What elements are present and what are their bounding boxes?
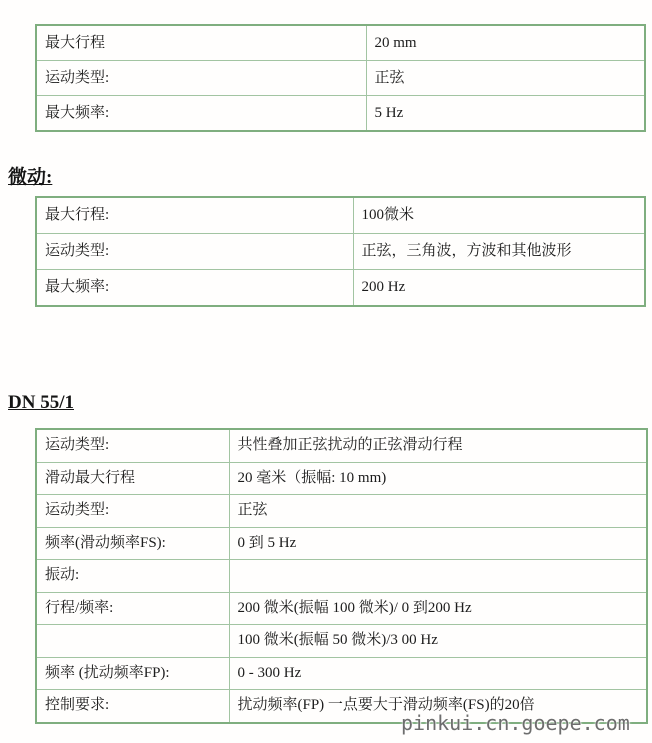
section-heading-dn551: DN 55/1 — [8, 391, 74, 415]
macro-spec-table: 最大行程 20 mm 运动类型: 正弦 最大频率: 5 Hz — [35, 24, 646, 132]
spec-label-cell: 振动: — [36, 560, 229, 593]
dn551-spec-table: 运动类型: 共性叠加正弦扰动的正弦滑动行程 滑动最大行程 20 毫米（振幅: 1… — [35, 428, 648, 724]
table-row: 频率 (扰动频率FP): 0 - 300 Hz — [36, 657, 647, 690]
table-row: 最大行程 20 mm — [36, 25, 645, 61]
spec-label-cell: 频率(滑动频率FS): — [36, 527, 229, 560]
spec-value-cell: 正弦 — [229, 495, 647, 528]
table-row: 频率(滑动频率FS): 0 到 5 Hz — [36, 527, 647, 560]
spec-label-cell: 运动类型: — [36, 61, 366, 96]
table-row: 运动类型: 正弦，三角波，方波和其他波形 — [36, 234, 645, 270]
spec-value-cell: 200 微米(振幅 100 微米)/ 0 到200 Hz — [229, 592, 647, 625]
spec-value-cell: 0 到 5 Hz — [229, 527, 647, 560]
micro-spec-table: 最大行程: 100微米 运动类型: 正弦，三角波，方波和其他波形 最大频率: 2… — [35, 196, 646, 307]
spec-value-cell: 200 Hz — [353, 270, 645, 307]
spec-value-cell: 5 Hz — [366, 96, 645, 132]
spec-label-cell: 运动类型: — [36, 234, 353, 270]
spec-value-cell: 100 微米(振幅 50 微米)/3 00 Hz — [229, 625, 647, 658]
spec-label-cell: 最大行程: — [36, 197, 353, 234]
spec-value-cell: 20 mm — [366, 25, 645, 61]
spec-value-cell: 正弦，三角波，方波和其他波形 — [353, 234, 645, 270]
spec-value-cell: 100微米 — [353, 197, 645, 234]
spec-label-cell: 滑动最大行程 — [36, 462, 229, 495]
section-heading-weidong: 微动: — [8, 166, 52, 190]
table-row: 运动类型: 正弦 — [36, 495, 647, 528]
spec-label-cell: 频率 (扰动频率FP): — [36, 657, 229, 690]
spec-label-cell: 控制要求: — [36, 690, 229, 723]
spec-value-cell — [229, 560, 647, 593]
spec-label-cell: 最大行程 — [36, 25, 366, 61]
spec-value-cell: 正弦 — [366, 61, 645, 96]
spec-label-cell: 运动类型: — [36, 429, 229, 462]
table-row: 运动类型: 正弦 — [36, 61, 645, 96]
spec-label-cell: 运动类型: — [36, 495, 229, 528]
table-row: 滑动最大行程 20 毫米（振幅: 10 mm) — [36, 462, 647, 495]
spec-value-cell: 共性叠加正弦扰动的正弦滑动行程 — [229, 429, 647, 462]
watermark-text: pinkui.cn.goepe.com — [401, 712, 630, 734]
table-row: 行程/频率: 200 微米(振幅 100 微米)/ 0 到200 Hz — [36, 592, 647, 625]
table-row: 最大频率: 5 Hz — [36, 96, 645, 132]
table-row: 运动类型: 共性叠加正弦扰动的正弦滑动行程 — [36, 429, 647, 462]
table-row: 最大行程: 100微米 — [36, 197, 645, 234]
spec-label-cell: 最大频率: — [36, 96, 366, 132]
spec-label-cell: 最大频率: — [36, 270, 353, 307]
spec-label-cell: 行程/频率: — [36, 592, 229, 625]
table-row: 最大频率: 200 Hz — [36, 270, 645, 307]
spec-label-cell — [36, 625, 229, 658]
table-row: 100 微米(振幅 50 微米)/3 00 Hz — [36, 625, 647, 658]
table-row: 振动: — [36, 560, 647, 593]
spec-value-cell: 20 毫米（振幅: 10 mm) — [229, 462, 647, 495]
document-page: 最大行程 20 mm 运动类型: 正弦 最大频率: 5 Hz 微动: 最大行程:… — [0, 0, 652, 743]
spec-value-cell: 0 - 300 Hz — [229, 657, 647, 690]
